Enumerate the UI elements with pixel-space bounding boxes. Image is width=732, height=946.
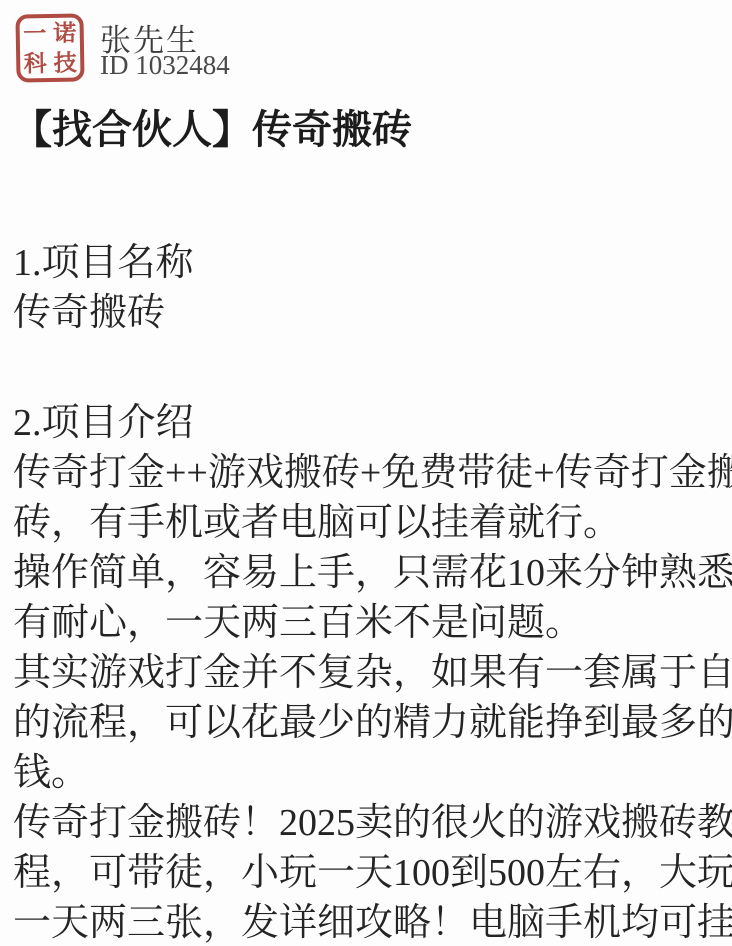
content-scroll-area[interactable]: 一 诺 科 技 张先生 ID 1032484 【找合伙人】传奇搬砖 1.项目名称… [0, 0, 732, 946]
section-heading: 2.项目介绍 [13, 398, 725, 448]
post-title: 【找合伙人】传奇搬砖 [12, 104, 720, 156]
seal-char: 技 [54, 51, 77, 74]
body-line: 传奇打金++游戏搬砖+免费带徒+传奇打金搬 [13, 448, 725, 498]
section-heading: 1.项目名称 [13, 238, 725, 288]
section-project-name: 1.项目名称 传奇搬砖 [13, 238, 725, 338]
body-line: 有耐心，一天两三百米不是问题。 [13, 598, 725, 648]
body-line: 传奇打金搬砖！2025卖的很火的游戏搬砖教 [13, 798, 725, 848]
body-line: 钱。 [13, 748, 725, 798]
body-line: 一天两三张，发详细攻略！电脑手机均可挂 [13, 898, 725, 946]
poster-id: ID 1032484 [100, 50, 230, 81]
company-seal-logo: 一 诺 科 技 [15, 13, 84, 82]
body-line: 砖，有手机或者电脑可以挂着就行。 [13, 498, 725, 548]
seal-char: 诺 [53, 21, 76, 44]
body-line: 传奇搬砖 [13, 288, 725, 338]
body-line: 的流程，可以花最少的精力就能挣到最多的 [13, 698, 725, 748]
seal-char: 一 [23, 22, 46, 45]
poster-header: 一 诺 科 技 张先生 ID 1032484 [0, 0, 732, 100]
seal-char: 科 [24, 52, 47, 75]
body-line: 程，可带徒，小玩一天100到500左右，大玩 [13, 848, 725, 898]
body-line: 其实游戏打金并不复杂，如果有一套属于自已 [13, 648, 725, 698]
section-project-intro: 2.项目介绍 传奇打金++游戏搬砖+免费带徒+传奇打金搬 砖，有手机或者电脑可以… [13, 398, 725, 946]
body-line: 操作简单，容易上手，只需花10来分钟熟悉， [13, 548, 725, 598]
